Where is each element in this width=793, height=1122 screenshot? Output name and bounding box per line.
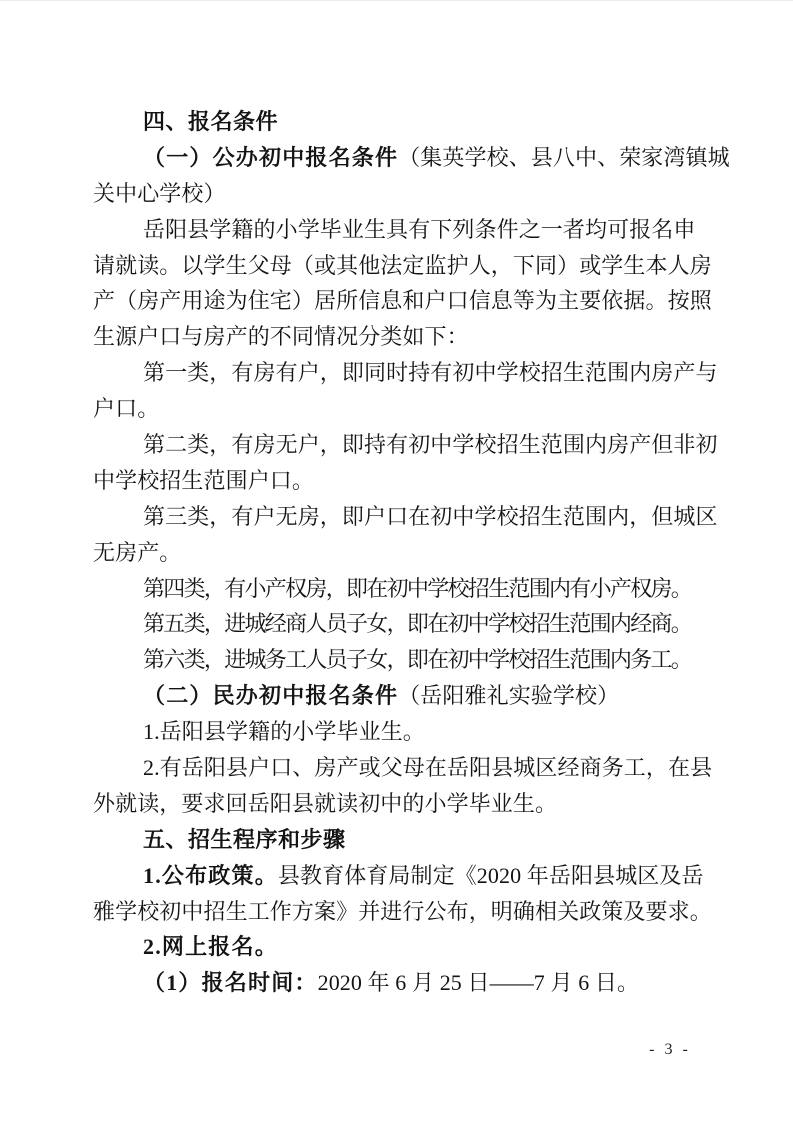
- text-line: 雅学校初中招生工作方案》并进行公布，明确相关政策及要求。: [93, 894, 713, 930]
- text-line: 第五类，进城经商人员子女，即在初中学校招生范围内经商。: [93, 606, 713, 642]
- body-text: 第二类，有房无户，即持有初中学校招生范围内房产但非初: [143, 432, 718, 457]
- body-text: 第四类，有小产权房，即在初中学校招生范围内有小产权房。: [143, 576, 691, 601]
- body-text: 2.有岳阳县户口、房产或父母在岳阳县城区经商务工，在县: [143, 755, 712, 780]
- text-line: （一）公办初中报名条件（集英学校、县八中、荣家湾镇城: [93, 140, 713, 176]
- body-text: 无房产。: [93, 540, 181, 565]
- body-text: 产（房产用途为住宅）居所信息和户口信息等为主要依据。按照: [93, 288, 712, 313]
- subheading-text: 2.网上报名。: [143, 934, 278, 959]
- subheading-text: （一）公办初中报名条件: [143, 145, 398, 170]
- subheading-text: （1）报名时间：: [143, 970, 318, 995]
- text-line: 五、招生程序和步骤: [93, 822, 713, 858]
- text-line: 请就读。以学生父母（或其他法定监护人，下同）或学生本人房: [93, 248, 713, 284]
- text-line: 关中心学校）: [93, 176, 713, 212]
- body-text: 生源户口与房产的不同情况分类如下：: [93, 324, 469, 349]
- section-heading-text: 四、报名条件: [143, 109, 278, 134]
- body-text: 2020 年 6 月 25 日——7 月 6 日。: [318, 970, 640, 995]
- text-line: 四、报名条件: [93, 104, 713, 140]
- text-line: 生源户口与房产的不同情况分类如下：: [93, 319, 713, 355]
- body-text: 第五类，进城经商人员子女，即在初中学校招生范围内经商。: [143, 611, 691, 636]
- text-line: 产（房产用途为住宅）居所信息和户口信息等为主要依据。按照: [93, 283, 713, 319]
- page-number: - 3 -: [628, 1041, 712, 1059]
- text-line: 2.网上报名。: [93, 929, 713, 965]
- text-line: （1）报名时间：2020 年 6 月 25 日——7 月 6 日。: [93, 965, 713, 1001]
- text-line: 2.有岳阳县户口、房产或父母在岳阳县城区经商务工，在县: [93, 750, 713, 786]
- body-text: 第三类，有户无房，即户口在初中学校招生范围内，但城区: [143, 504, 718, 529]
- body-text: 第一类，有房有户，即同时持有初中学校招生范围内房产与: [143, 360, 718, 385]
- subheading-text: （二）民办初中报名条件: [143, 683, 398, 708]
- text-line: 第一类，有房有户，即同时持有初中学校招生范围内房产与: [93, 355, 713, 391]
- text-line: 第四类，有小产权房，即在初中学校招生范围内有小产权房。: [93, 571, 713, 607]
- text-line: 1.公布政策。县教育体育局制定《2020 年岳阳县城区及岳: [93, 858, 713, 894]
- text-line: 第六类，进城务工人员子女，即在初中学校招生范围内务工。: [93, 642, 713, 678]
- text-line: 第二类，有房无户，即持有初中学校招生范围内房产但非初: [93, 427, 713, 463]
- document-page: 四、报名条件（一）公办初中报名条件（集英学校、县八中、荣家湾镇城关中心学校）岳阳…: [0, 0, 793, 1122]
- body-text: 关中心学校）: [93, 181, 226, 206]
- text-line: 岳阳县学籍的小学毕业生具有下列条件之一者均可报名申: [93, 212, 713, 248]
- body-text: 户口。: [93, 396, 159, 421]
- text-line: （二）民办初中报名条件（岳阳雅礼实验学校）: [93, 678, 713, 714]
- body-text: 雅学校初中招生工作方案》并进行公布，明确相关政策及要求。: [93, 899, 712, 924]
- text-line: 1.岳阳县学籍的小学毕业生。: [93, 714, 713, 750]
- text-line: 中学校招生范围户口。: [93, 463, 713, 499]
- document-body: 四、报名条件（一）公办初中报名条件（集英学校、县八中、荣家湾镇城关中心学校）岳阳…: [93, 104, 713, 1001]
- section-heading-text: 五、招生程序和步骤: [143, 827, 346, 852]
- body-text: 岳阳县学籍的小学毕业生具有下列条件之一者均可报名申: [143, 217, 696, 242]
- text-line: 外就读，要求回岳阳县就读初中的小学毕业生。: [93, 786, 713, 822]
- body-text: （岳阳雅礼实验学校）: [398, 683, 619, 708]
- body-text: 外就读，要求回岳阳县就读初中的小学毕业生。: [93, 791, 557, 816]
- body-text: 县教育体育局制定《2020 年岳阳县城区及岳: [278, 863, 704, 888]
- text-line: 无房产。: [93, 535, 713, 571]
- subheading-text: 1.公布政策。: [143, 863, 278, 888]
- body-text: （集英学校、县八中、荣家湾镇城: [398, 145, 730, 170]
- body-text: 请就读。以学生父母（或其他法定监护人，下同）或学生本人房: [93, 253, 712, 278]
- text-line: 第三类，有户无房，即户口在初中学校招生范围内，但城区: [93, 499, 713, 535]
- body-text: 中学校招生范围户口。: [93, 468, 314, 493]
- body-text: 1.岳阳县学籍的小学毕业生。: [143, 719, 425, 744]
- text-line: 户口。: [93, 391, 713, 427]
- body-text: 第六类，进城务工人员子女，即在初中学校招生范围内务工。: [143, 647, 691, 672]
